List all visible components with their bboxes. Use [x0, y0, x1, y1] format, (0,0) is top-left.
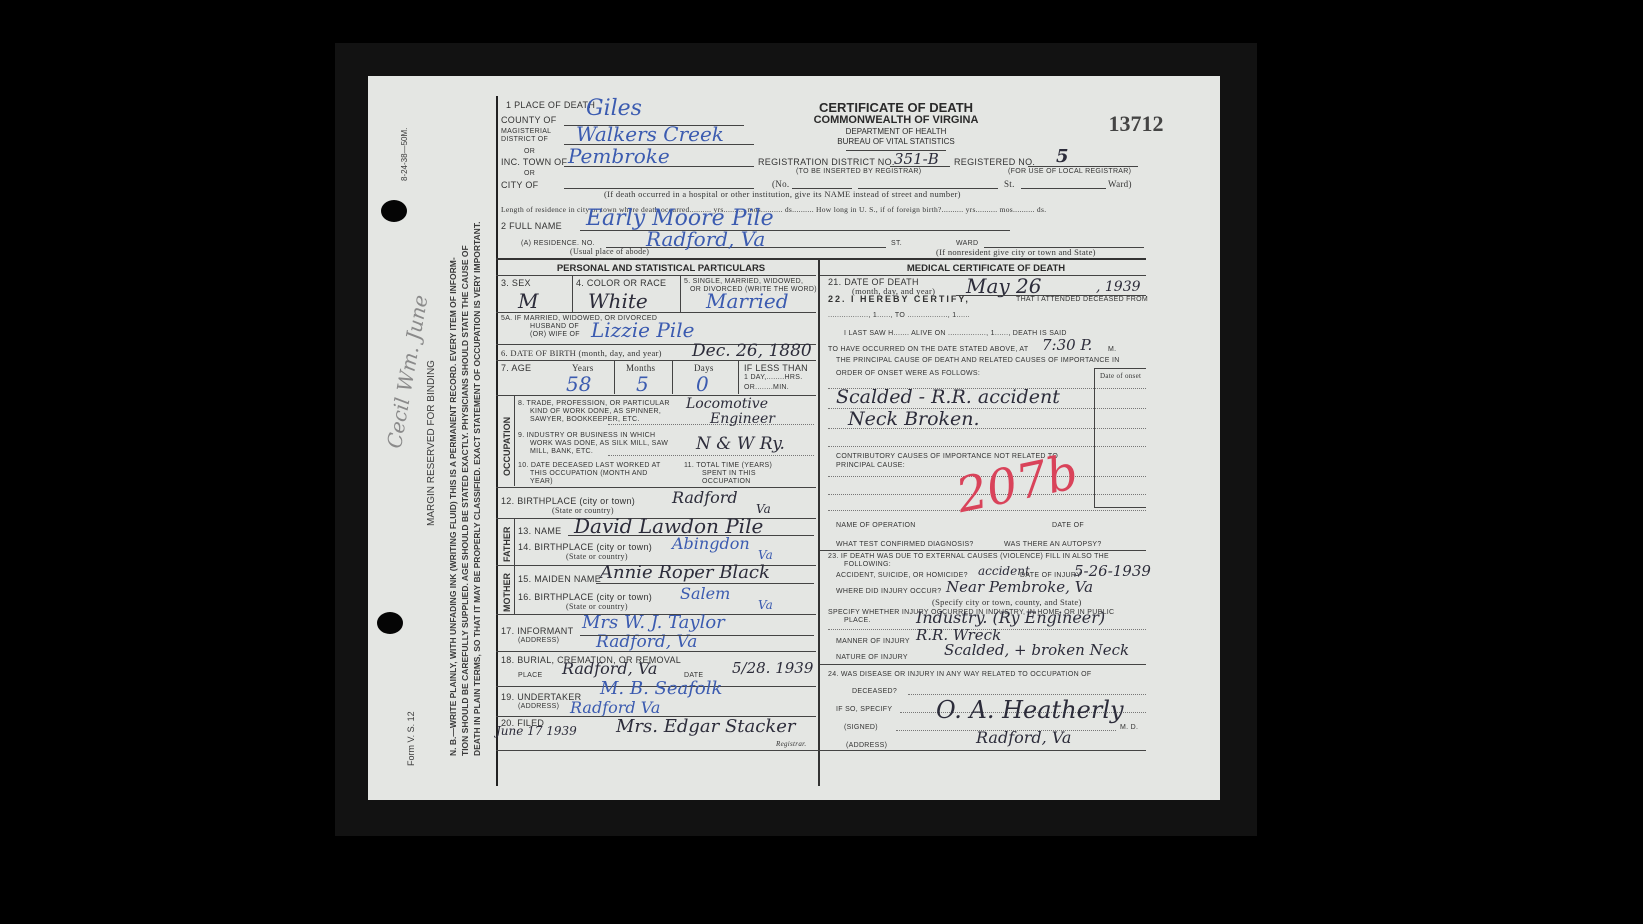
- father-state-label: (State or country): [566, 552, 628, 561]
- injury-location-label: WHERE DID INJURY OCCUR?: [836, 588, 941, 595]
- occupation-related-label: 24. WAS DISEASE OR INJURY IN ANY WAY REL…: [828, 671, 1091, 678]
- age-label: 7. AGE: [501, 363, 531, 373]
- total-time-label: 11. TOTAL TIME (YEARS): [684, 462, 772, 469]
- district-label-2: DISTRICT OF: [501, 136, 548, 143]
- personal-header: PERSONAL AND STATISTICAL PARTICULARS: [516, 263, 806, 274]
- department: DEPARTMENT OF HEALTH: [786, 127, 1006, 136]
- hospital-note: (If death occurred in a hospital or othe…: [604, 189, 961, 199]
- dob-value: Dec. 26, 1880: [692, 341, 812, 361]
- abode-note: (Usual place of abode): [570, 247, 649, 256]
- district-value: Walkers Creek: [576, 122, 724, 146]
- sex-value: M: [518, 289, 538, 313]
- street-no-label: (No.: [772, 179, 789, 189]
- birthplace-label: 12. BIRTHPLACE (city or town): [501, 496, 635, 506]
- signed-label: (SIGNED): [844, 724, 878, 731]
- father-side-label: FATHER: [502, 527, 512, 562]
- mother-name-value: Annie Roper Black: [600, 562, 770, 583]
- birthplace-value: Radford: [672, 488, 738, 507]
- town-label: INC. TOWN OF: [501, 157, 567, 167]
- industry-label-2: WORK WAS DONE, AS SILK MILL, SAW: [530, 440, 668, 447]
- autopsy-label: WAS THERE AN AUTOPSY?: [1004, 541, 1102, 548]
- registration-district-value: 351-B: [894, 150, 939, 168]
- district-label: MAGISTERIAL: [501, 128, 551, 135]
- age-days-value: 0: [696, 372, 709, 396]
- industry-label-3: MILL, BANK, ETC.: [530, 448, 593, 455]
- spouse-value: Lizzie Pile: [591, 318, 694, 342]
- age-months-value: 5: [636, 372, 649, 396]
- specify-place-value: Industry. (Ry Engineer): [916, 608, 1105, 627]
- burial-date-value: 5/28. 1939: [732, 659, 813, 677]
- principal-cause-1: Scalded - R.R. accident: [836, 386, 1060, 408]
- father-state-value: Va: [758, 548, 773, 562]
- race-value: White: [588, 289, 648, 313]
- physician-address-label: (ADDRESS): [846, 742, 887, 749]
- father-birthplace-label: 14. BIRTHPLACE (city or town): [518, 542, 652, 552]
- last-worked-label-2: THIS OCCUPATION (month and: [530, 470, 648, 477]
- filed-date-value: June 17 1939: [496, 724, 577, 738]
- total-time-label-3: OCCUPATION: [702, 478, 751, 485]
- age-years-value: 58: [566, 372, 591, 396]
- mother-state-value: Va: [758, 598, 773, 612]
- spouse-label-2: HUSBAND OF: [530, 323, 579, 330]
- county-label: COUNTY OF: [501, 115, 557, 125]
- manner-label: MANNER OF INJURY: [836, 638, 910, 645]
- registered-no-label: REGISTERED NO.: [954, 157, 1035, 167]
- father-birthplace-value: Abingdon: [672, 534, 750, 553]
- race-label: 4. COLOR OR RACE: [576, 278, 666, 288]
- undertaker-value: M. B. Seafolk: [600, 678, 722, 699]
- physician-address-value: Radford, Va: [976, 728, 1071, 747]
- mother-birthplace-value: Salem: [680, 584, 730, 603]
- last-worked-label-3: year): [530, 478, 553, 485]
- or-label: OR: [524, 148, 535, 155]
- form-body: CERTIFICATE OF DEATH COMMONWEALTH OF VIR…: [496, 96, 1216, 786]
- dob-label: 6. DATE OF BIRTH (month, day, and year): [501, 348, 662, 358]
- principal-cause-label-2: ORDER OF ONSET WERE AS FOLLOWS:: [836, 370, 980, 377]
- trade-label-2: KIND OF WORK DONE, AS SPINNER,: [530, 408, 661, 415]
- registered-no-note: (FOR USE OF LOCAL REGISTRAR): [1008, 168, 1131, 175]
- md-label: M. D.: [1120, 724, 1138, 731]
- certify-label: 22. I HEREBY CERTIFY,: [828, 294, 970, 304]
- instruction-line-1: N. B.—WRITE PLAINLY, WITH UNFADING INK (…: [448, 257, 458, 756]
- less-than-hrs: 1 DAY,........HRS.: [744, 374, 802, 381]
- print-code: 8-24-38—50M.: [400, 128, 409, 181]
- undertaker-address-value: Radford Va: [570, 698, 660, 717]
- undertaker-address-label: (ADDRESS): [518, 703, 559, 710]
- bureau: BUREAU OF VITAL STATISTICS: [786, 137, 1006, 146]
- specify-place-label-2: PLACE.: [844, 617, 871, 624]
- mother-side-label: MOTHER: [502, 573, 512, 612]
- mother-birthplace-label: 16. BIRTHPLACE (city or town): [518, 592, 652, 602]
- time-suffix: M.: [1108, 346, 1116, 353]
- instruction-line-3: DEATH IN PLAIN TERMS, SO THAT IT MAY BE …: [472, 222, 482, 756]
- nature-label: NATURE OF INJURY: [836, 654, 908, 661]
- time-occurred-label: TO HAVE OCCURRED ON THE DATE STATED ABOV…: [828, 346, 1028, 353]
- place-of-death-label: 1 PLACE OF DEATH: [506, 100, 595, 110]
- operation-label: NAME OF OPERATION: [836, 522, 916, 529]
- injury-location-note: (Specify city or town, county, and State…: [932, 597, 1082, 607]
- registration-district-label: REGISTRATION DISTRICT NO.: [758, 157, 895, 167]
- town-value: Pembroke: [568, 144, 670, 168]
- nonresident-note: (If nonresident give city or town and St…: [936, 247, 1096, 257]
- burial-place-label: PLACE: [518, 672, 542, 679]
- principal-cause-2: Neck Broken.: [848, 408, 980, 430]
- registered-no-value: 5: [1056, 146, 1069, 167]
- death-certificate: Form V. S. 12 8-24-38—50M. MARGIN RESERV…: [368, 76, 1220, 800]
- binder-hole-bottom: [377, 612, 403, 634]
- residence-label: (A) RESIDENCE. NO.: [521, 240, 595, 247]
- less-than-label: IF LESS THAN: [744, 363, 808, 373]
- registrar-label: Registrar.: [776, 740, 806, 748]
- last-worked-label: 10. DATE DECEASED LAST WORKED AT: [518, 462, 661, 469]
- less-than-min: OR........MIN.: [744, 384, 789, 391]
- total-time-label-2: SPENT IN THIS: [702, 470, 756, 477]
- marital-label: 5. SINGLE, MARRIED, WIDOWED,: [684, 278, 803, 285]
- trade-value-1: Locomotive: [686, 396, 768, 412]
- residence-value: Radford, Va: [646, 227, 765, 251]
- burial-place-value: Radford, Va: [562, 659, 657, 678]
- informant-value: Mrs W. J. Taylor: [582, 612, 725, 633]
- form-left-border: [496, 96, 498, 786]
- principal-cause-label: THE PRINCIPAL CAUSE OF DEATH AND RELATED…: [836, 357, 1120, 364]
- external-causes-label: 23. IF DEATH WAS DUE TO EXTERNAL CAUSES …: [828, 553, 1109, 560]
- informant-address-label: (ADDRESS): [518, 637, 559, 644]
- test-label: WHAT TEST CONFIRMED DIAGNOSIS?: [836, 541, 974, 548]
- time-of-death-value: 7:30 P.: [1042, 336, 1092, 354]
- mother-state-label: (State or country): [566, 602, 628, 611]
- external-causes-label-2: FOLLOWING:: [844, 561, 891, 568]
- industry-value: N & W Ry.: [696, 434, 785, 454]
- injury-location-value: Near Pembroke, Va: [946, 578, 1093, 596]
- contributory-label-2: PRINCIPAL CAUSE:: [836, 462, 905, 469]
- nature-value: Scalded, + broken Neck: [944, 641, 1129, 659]
- father-name-label: 13. NAME: [518, 526, 561, 536]
- binder-hole-top: [381, 200, 407, 222]
- st-label: St.: [1004, 179, 1015, 189]
- last-saw-alive: I LAST SAW H....... ALIVE ON ...........…: [844, 330, 1067, 337]
- marital-value: Married: [706, 289, 789, 313]
- spouse-label-3: (OR) WIFE OF: [530, 331, 580, 338]
- trade-label: 8. TRADE, PROFESSION, OR PARTICULAR: [518, 400, 670, 407]
- county-value: Giles: [586, 96, 642, 121]
- or-label-2: OR: [524, 170, 535, 177]
- registration-district-note: (TO BE INSERTED BY REGISTRAR): [796, 168, 921, 175]
- industry-label: 9. INDUSTRY OR BUSINESS IN WHICH: [518, 432, 655, 439]
- attended-from-to: .................., 1......, TO ........…: [828, 312, 970, 319]
- operation-date-label: DATE OF: [1052, 522, 1084, 529]
- instruction-line-2: TION SHOULD BE CAREFULLY SUPPLIED. AGE S…: [460, 245, 470, 756]
- onset-date-label: Date of onset: [1100, 372, 1141, 380]
- certificate-title: CERTIFICATE OF DEATH: [786, 100, 1006, 115]
- certify-rest: THAT I ATTENDED DECEASED FROM: [1016, 296, 1148, 303]
- sex-label: 3. SEX: [501, 278, 531, 288]
- binding-note: MARGIN RESERVED FOR BINDING: [426, 360, 437, 526]
- certificate-number: 13712: [1086, 111, 1186, 137]
- city-label: CITY OF: [501, 180, 538, 190]
- certificate-subtitle: COMMONWEALTH OF VIRGINA: [766, 114, 1026, 126]
- occupation-side-label: OCCUPATION: [502, 417, 512, 476]
- death-year-value: , 1939: [1096, 279, 1141, 295]
- full-name-label: 2 FULL NAME: [501, 221, 562, 231]
- if-so-label: IF SO, SPECIFY: [836, 706, 892, 713]
- form-number: Form V. S. 12: [406, 711, 416, 766]
- ward-label: Ward): [1108, 179, 1132, 189]
- informant-label: 17. INFORMANT: [501, 626, 573, 636]
- trade-label-3: SAWYER, BOOKKEEPER, ETC.: [530, 416, 640, 423]
- residence-st-label: ST.: [891, 240, 902, 247]
- occupation-related-label-2: DECEASED?: [852, 688, 897, 695]
- registrar-signature: Mrs. Edgar Stacker: [616, 716, 796, 737]
- residence-ward-label: WARD: [956, 240, 978, 247]
- mother-name-label: 15. MAIDEN NAME: [518, 574, 601, 584]
- physician-signature: O. A. Heatherly: [936, 696, 1124, 724]
- medical-header: MEDICAL CERTIFICATE OF DEATH: [836, 263, 1136, 274]
